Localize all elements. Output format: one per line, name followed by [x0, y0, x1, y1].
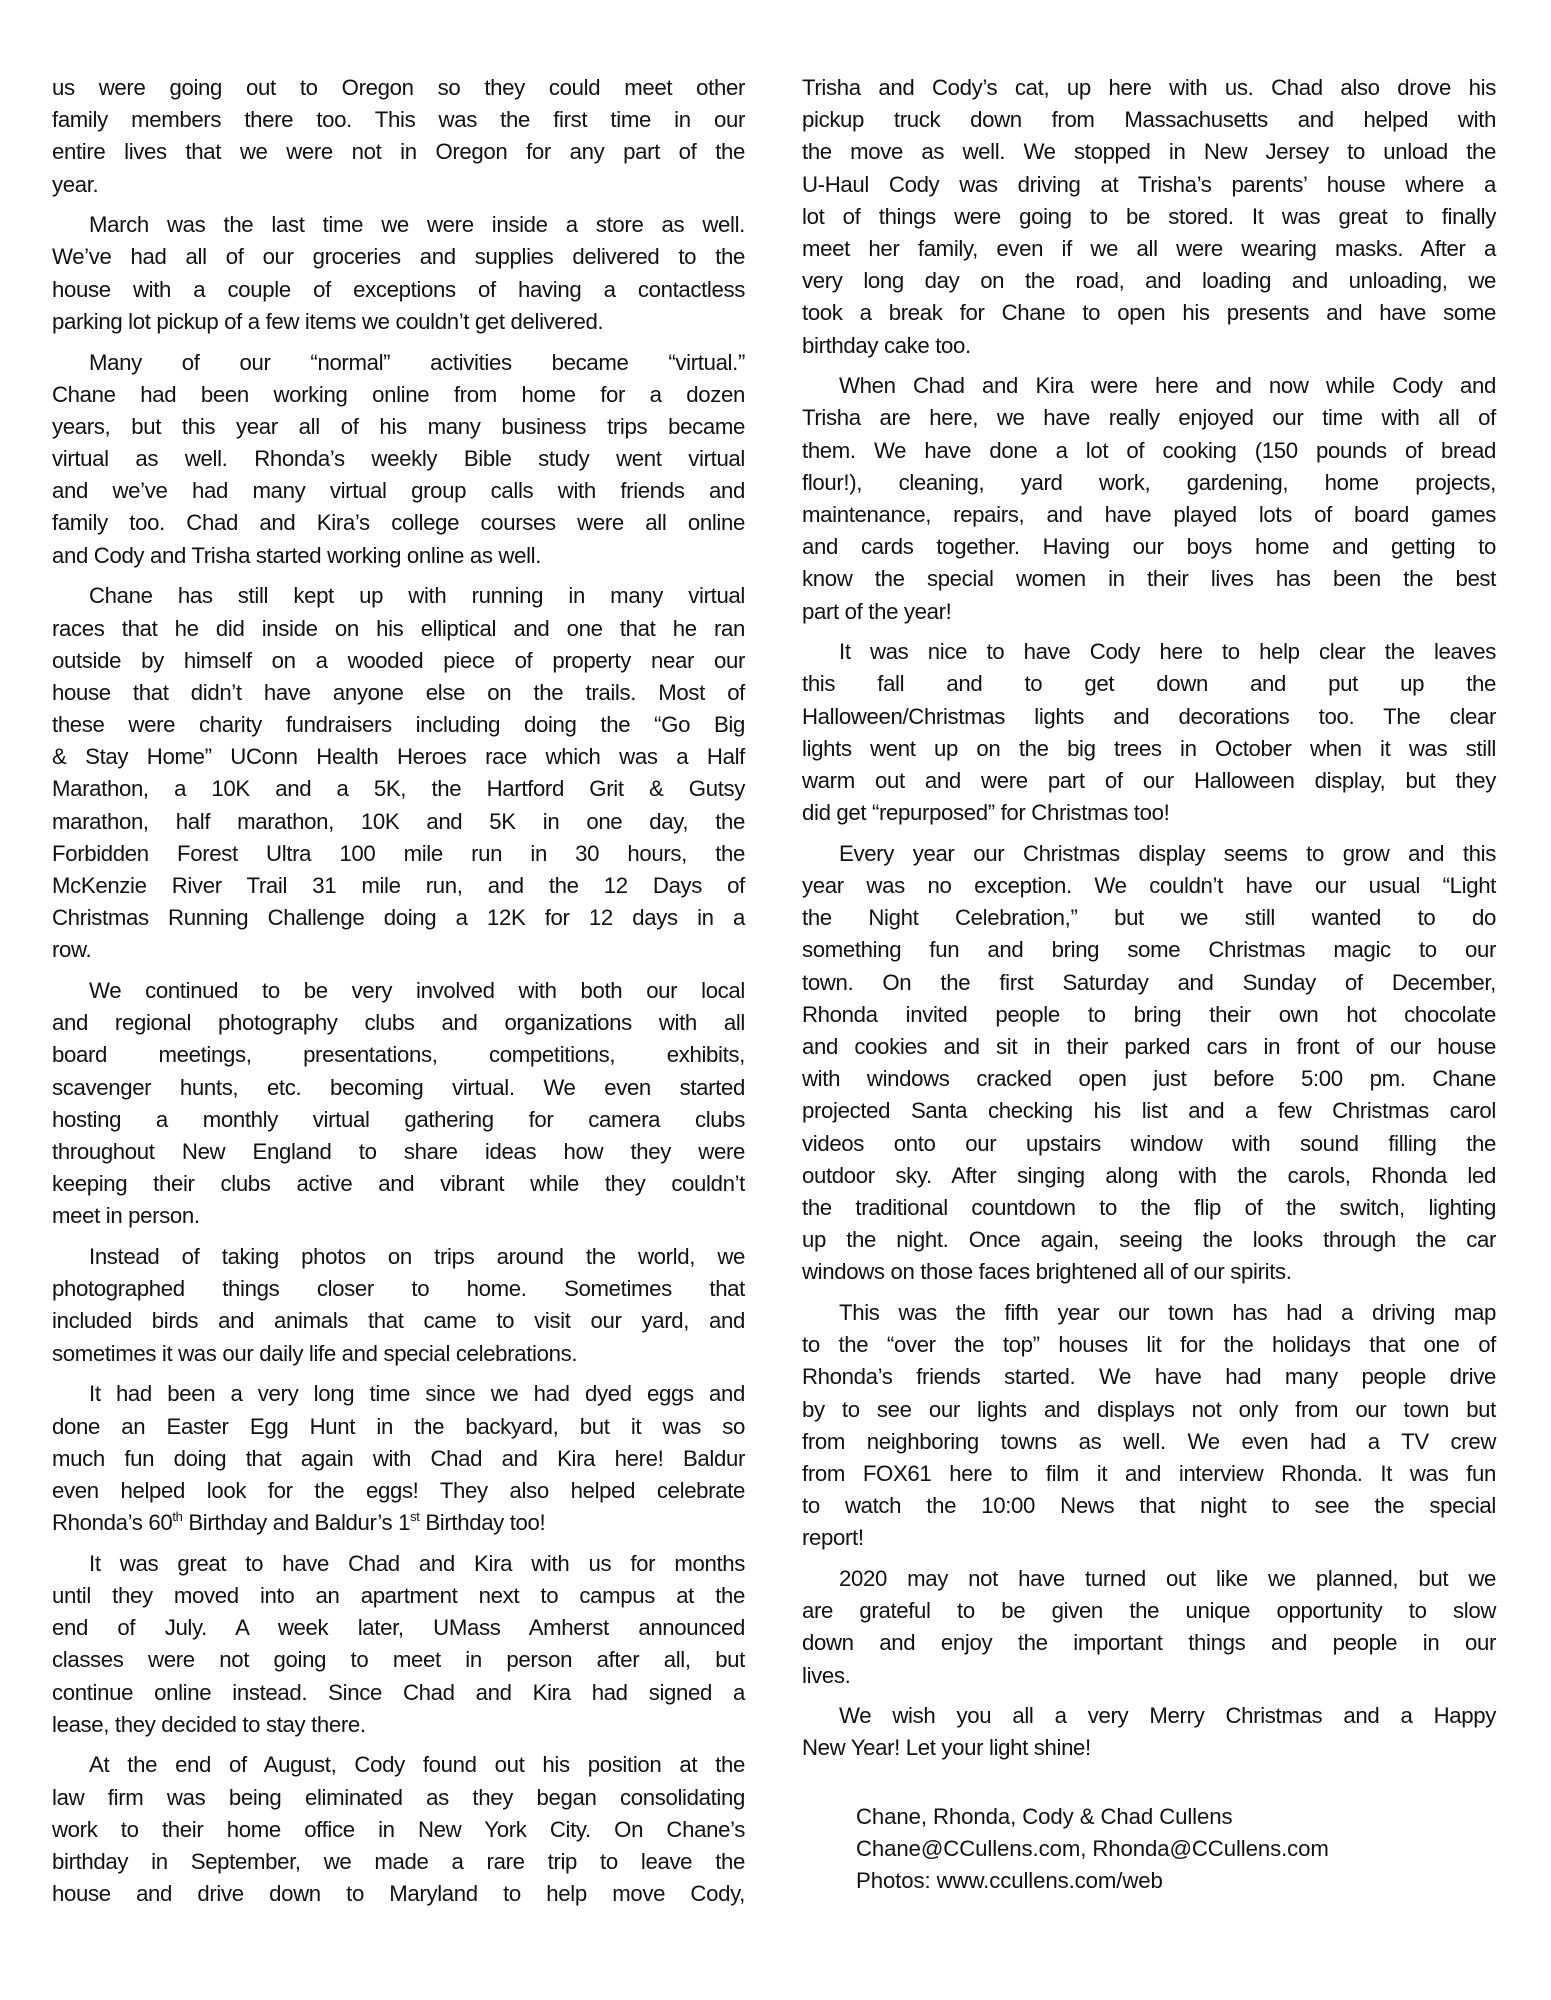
- text-line: At the end of August, Cody found out his…: [52, 1749, 745, 1781]
- paragraph: March was the last time we were inside a…: [52, 209, 745, 338]
- text-line: years, but this year all of his many bus…: [52, 411, 745, 443]
- text-line: from FOX61 here to film it and interview…: [802, 1458, 1496, 1490]
- text-line: family too. Chad and Kira’s college cour…: [52, 507, 745, 539]
- text-line: Rhonda’s 60th Birthday and Baldur’s 1st …: [52, 1507, 745, 1539]
- text-line: took a break for Chane to open his prese…: [802, 297, 1496, 329]
- text-line: birthday in September, we made a rare tr…: [52, 1846, 745, 1878]
- text-line: outdoor sky. After singing along with th…: [802, 1160, 1496, 1192]
- text-line: lot of things were going to be stored. I…: [802, 201, 1496, 233]
- text-line: We’ve had all of our groceries and suppl…: [52, 241, 745, 273]
- text-line: It had been a very long time since we ha…: [52, 1378, 745, 1410]
- text-line: projected Santa checking his list and a …: [802, 1095, 1496, 1127]
- text-line: and Cody and Trisha started working onli…: [52, 540, 745, 572]
- text-line: and we’ve had many virtual group calls w…: [52, 475, 745, 507]
- signature-photos-link[interactable]: Photos: www.ccullens.com/web: [856, 1865, 1329, 1897]
- text-line: Chane had been working online from home …: [52, 379, 745, 411]
- text-line: part of the year!: [802, 596, 1496, 628]
- paragraph: Every year our Christmas display seems t…: [802, 838, 1496, 1289]
- paragraph: It was great to have Chad and Kira with …: [52, 1548, 745, 1741]
- text-line: from neighboring towns as well. We even …: [802, 1426, 1496, 1458]
- text-line: Instead of taking photos on trips around…: [52, 1241, 745, 1273]
- text-line: flour!), cleaning, yard work, gardening,…: [802, 467, 1496, 499]
- text-line: continue online instead. Since Chad and …: [52, 1677, 745, 1709]
- text-line: house with a couple of exceptions of hav…: [52, 274, 745, 306]
- text-line: We wish you all a very Merry Christmas a…: [802, 1700, 1496, 1732]
- text-line: the move as well. We stopped in New Jers…: [802, 136, 1496, 168]
- text-line: keeping their clubs active and vibrant w…: [52, 1168, 745, 1200]
- text-line: to the “over the top” houses lit for the…: [802, 1329, 1496, 1361]
- paragraph: us were going out to Oregon so they coul…: [52, 72, 745, 201]
- text-line: Every year our Christmas display seems t…: [802, 838, 1496, 870]
- text-line: law firm was being eliminated as they be…: [52, 1782, 745, 1814]
- text-line: this fall and to get down and put up the: [802, 668, 1496, 700]
- paragraph: Instead of taking photos on trips around…: [52, 1241, 745, 1370]
- text-line: very long day on the road, and loading a…: [802, 265, 1496, 297]
- text-line: us were going out to Oregon so they coul…: [52, 72, 745, 104]
- text-line: house and drive down to Maryland to help…: [52, 1878, 745, 1910]
- text-line: entire lives that we were not in Oregon …: [52, 136, 745, 168]
- text-line: Rhonda’s friends started. We have had ma…: [802, 1361, 1496, 1393]
- text-line: something fun and bring some Christmas m…: [802, 934, 1496, 966]
- text-line: and regional photography clubs and organ…: [52, 1007, 745, 1039]
- paragraph: When Chad and Kira were here and now whi…: [802, 370, 1496, 628]
- paragraph: We wish you all a very Merry Christmas a…: [802, 1700, 1496, 1764]
- text-line: included birds and animals that came to …: [52, 1305, 745, 1337]
- text-line: down and enjoy the important things and …: [802, 1627, 1496, 1659]
- text-line: marathon, half marathon, 10K and 5K in o…: [52, 806, 745, 838]
- text-line: board meetings, presentations, competiti…: [52, 1039, 745, 1071]
- text-line: We continued to be very involved with bo…: [52, 975, 745, 1007]
- text-line: end of July. A week later, UMass Amherst…: [52, 1612, 745, 1644]
- text-line: and cookies and sit in their parked cars…: [802, 1031, 1496, 1063]
- text-line: windows on those faces brightened all of…: [802, 1256, 1496, 1288]
- text-line: Many of our “normal” activities became “…: [52, 347, 745, 379]
- text-line: even helped look for the eggs! They also…: [52, 1475, 745, 1507]
- text-line: virtual as well. Rhonda’s weekly Bible s…: [52, 443, 745, 475]
- text-line: and cards together. Having our boys home…: [802, 531, 1496, 563]
- text-line: Trisha and Cody’s cat, up here with us. …: [802, 72, 1496, 104]
- text-line: year was no exception. We couldn’t have …: [802, 870, 1496, 902]
- text-line: pickup truck down from Massachusetts and…: [802, 104, 1496, 136]
- left-column: us were going out to Oregon so they coul…: [52, 72, 745, 1919]
- text-line: McKenzie River Trail 31 mile run, and th…: [52, 870, 745, 902]
- text-line: U-Haul Cody was driving at Trisha’s pare…: [802, 169, 1496, 201]
- paragraph: 2020 may not have turned out like we pla…: [802, 1563, 1496, 1692]
- text-line: It was nice to have Cody here to help cl…: [802, 636, 1496, 668]
- text-line: much fun doing that again with Chad and …: [52, 1443, 745, 1475]
- text-line: family members there too. This was the f…: [52, 104, 745, 136]
- text-line: until they moved into an apartment next …: [52, 1580, 745, 1612]
- text-line: house that didn’t have anyone else on th…: [52, 677, 745, 709]
- text-line: meet in person.: [52, 1200, 745, 1232]
- text-line: New Year! Let your light shine!: [802, 1732, 1496, 1764]
- text-line: them. We have done a lot of cooking (150…: [802, 435, 1496, 467]
- text-line: these were charity fundraisers including…: [52, 709, 745, 741]
- signature-names: Chane, Rhonda, Cody & Chad Cullens: [856, 1801, 1329, 1833]
- text-line: videos onto our upstairs window with sou…: [802, 1128, 1496, 1160]
- ordinal-superscript: th: [172, 1509, 182, 1524]
- text-line: up the night. Once again, seeing the loo…: [802, 1224, 1496, 1256]
- text-line: maintenance, repairs, and have played lo…: [802, 499, 1496, 531]
- text-line: Rhonda invited people to bring their own…: [802, 999, 1496, 1031]
- paragraph: At the end of August, Cody found out his…: [52, 1749, 745, 1910]
- text-line: classes were not going to meet in person…: [52, 1644, 745, 1676]
- paragraph: Trisha and Cody’s cat, up here with us. …: [802, 72, 1496, 362]
- text-line: to watch the 10:00 News that night to se…: [802, 1490, 1496, 1522]
- text-line: done an Easter Egg Hunt in the backyard,…: [52, 1411, 745, 1443]
- text-line: warm out and were part of our Halloween …: [802, 765, 1496, 797]
- text-line: by to see our lights and displays not on…: [802, 1394, 1496, 1426]
- text-line: scavenger hunts, etc. becoming virtual. …: [52, 1072, 745, 1104]
- text-line: 2020 may not have turned out like we pla…: [802, 1563, 1496, 1595]
- text-line: row.: [52, 934, 745, 966]
- text-line: the Night Celebration,” but we still wan…: [802, 902, 1496, 934]
- text-line: Marathon, a 10K and a 5K, the Hartford G…: [52, 773, 745, 805]
- text-line: outside by himself on a wooded piece of …: [52, 645, 745, 677]
- text-line: know the special women in their lives ha…: [802, 563, 1496, 595]
- text-line: hosting a monthly virtual gathering for …: [52, 1104, 745, 1136]
- text-line: throughout New England to share ideas ho…: [52, 1136, 745, 1168]
- text-line: It was great to have Chad and Kira with …: [52, 1548, 745, 1580]
- text-line: work to their home office in New York Ci…: [52, 1814, 745, 1846]
- paragraph: It was nice to have Cody here to help cl…: [802, 636, 1496, 829]
- paragraph: Many of our “normal” activities became “…: [52, 347, 745, 572]
- text-line: sometimes it was our daily life and spec…: [52, 1338, 745, 1370]
- text-line: & Stay Home” UConn Health Heroes race wh…: [52, 741, 745, 773]
- text-line: races that he did inside on his elliptic…: [52, 613, 745, 645]
- text-line: lights went up on the big trees in Octob…: [802, 733, 1496, 765]
- text-line: When Chad and Kira were here and now whi…: [802, 370, 1496, 402]
- text-line: This was the fifth year our town has had…: [802, 1297, 1496, 1329]
- text-line: Halloween/Christmas lights and decoratio…: [802, 701, 1496, 733]
- paragraph: It had been a very long time since we ha…: [52, 1378, 745, 1539]
- text-line: year.: [52, 169, 745, 201]
- text-line: Trisha are here, we have really enjoyed …: [802, 402, 1496, 434]
- paragraph: Chane has still kept up with running in …: [52, 580, 745, 966]
- right-column: Trisha and Cody’s cat, up here with us. …: [802, 72, 1496, 1773]
- paragraph: This was the fifth year our town has had…: [802, 1297, 1496, 1555]
- text-line: photographed things closer to home. Some…: [52, 1273, 745, 1305]
- text-line: Forbidden Forest Ultra 100 mile run in 3…: [52, 838, 745, 870]
- text-line: March was the last time we were inside a…: [52, 209, 745, 241]
- text-line: lives.: [802, 1660, 1496, 1692]
- ordinal-superscript: st: [410, 1509, 419, 1524]
- text-line: with windows cracked open just before 5:…: [802, 1063, 1496, 1095]
- signature-block: Chane, Rhonda, Cody & Chad Cullens Chane…: [856, 1801, 1329, 1898]
- text-line: report!: [802, 1522, 1496, 1554]
- text-line: did get “repurposed” for Christmas too!: [802, 797, 1496, 829]
- text-line: town. On the first Saturday and Sunday o…: [802, 967, 1496, 999]
- text-line: are grateful to be given the unique oppo…: [802, 1595, 1496, 1627]
- text-line: parking lot pickup of a few items we cou…: [52, 306, 745, 338]
- text-line: lease, they decided to stay there.: [52, 1709, 745, 1741]
- text-line: the traditional countdown to the flip of…: [802, 1192, 1496, 1224]
- signature-emails: Chane@CCullens.com, Rhonda@CCullens.com: [856, 1833, 1329, 1865]
- text-line: Christmas Running Challenge doing a 12K …: [52, 902, 745, 934]
- text-line: Chane has still kept up with running in …: [52, 580, 745, 612]
- text-line: meet her family, even if we all were wea…: [802, 233, 1496, 265]
- text-line: birthday cake too.: [802, 330, 1496, 362]
- paragraph: We continued to be very involved with bo…: [52, 975, 745, 1233]
